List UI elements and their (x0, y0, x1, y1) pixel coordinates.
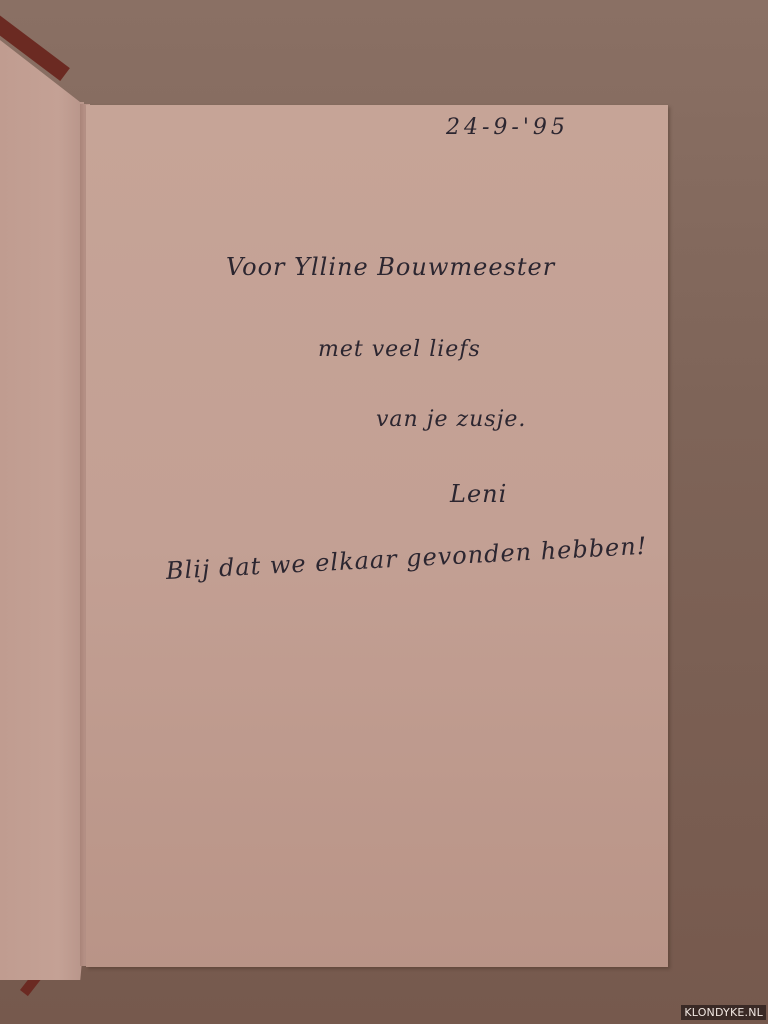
inscription-line-3: van je zusje. (376, 407, 526, 432)
inscription-date: 24-9-'95 (446, 115, 569, 140)
watermark-label: KLONDYKE.NL (681, 1005, 766, 1020)
flyleaf-page: 24-9-'95 Voor Ylline Bouwmeester met vee… (86, 105, 668, 967)
inscription-closing: Blij dat we elkaar gevonden hebben! (165, 532, 648, 585)
left-page (0, 40, 84, 980)
inscription-signature: Leni (450, 480, 507, 508)
inscription-line-2: met veel liefs (318, 337, 481, 362)
inscription-dedication: Voor Ylline Bouwmeester (226, 253, 555, 281)
